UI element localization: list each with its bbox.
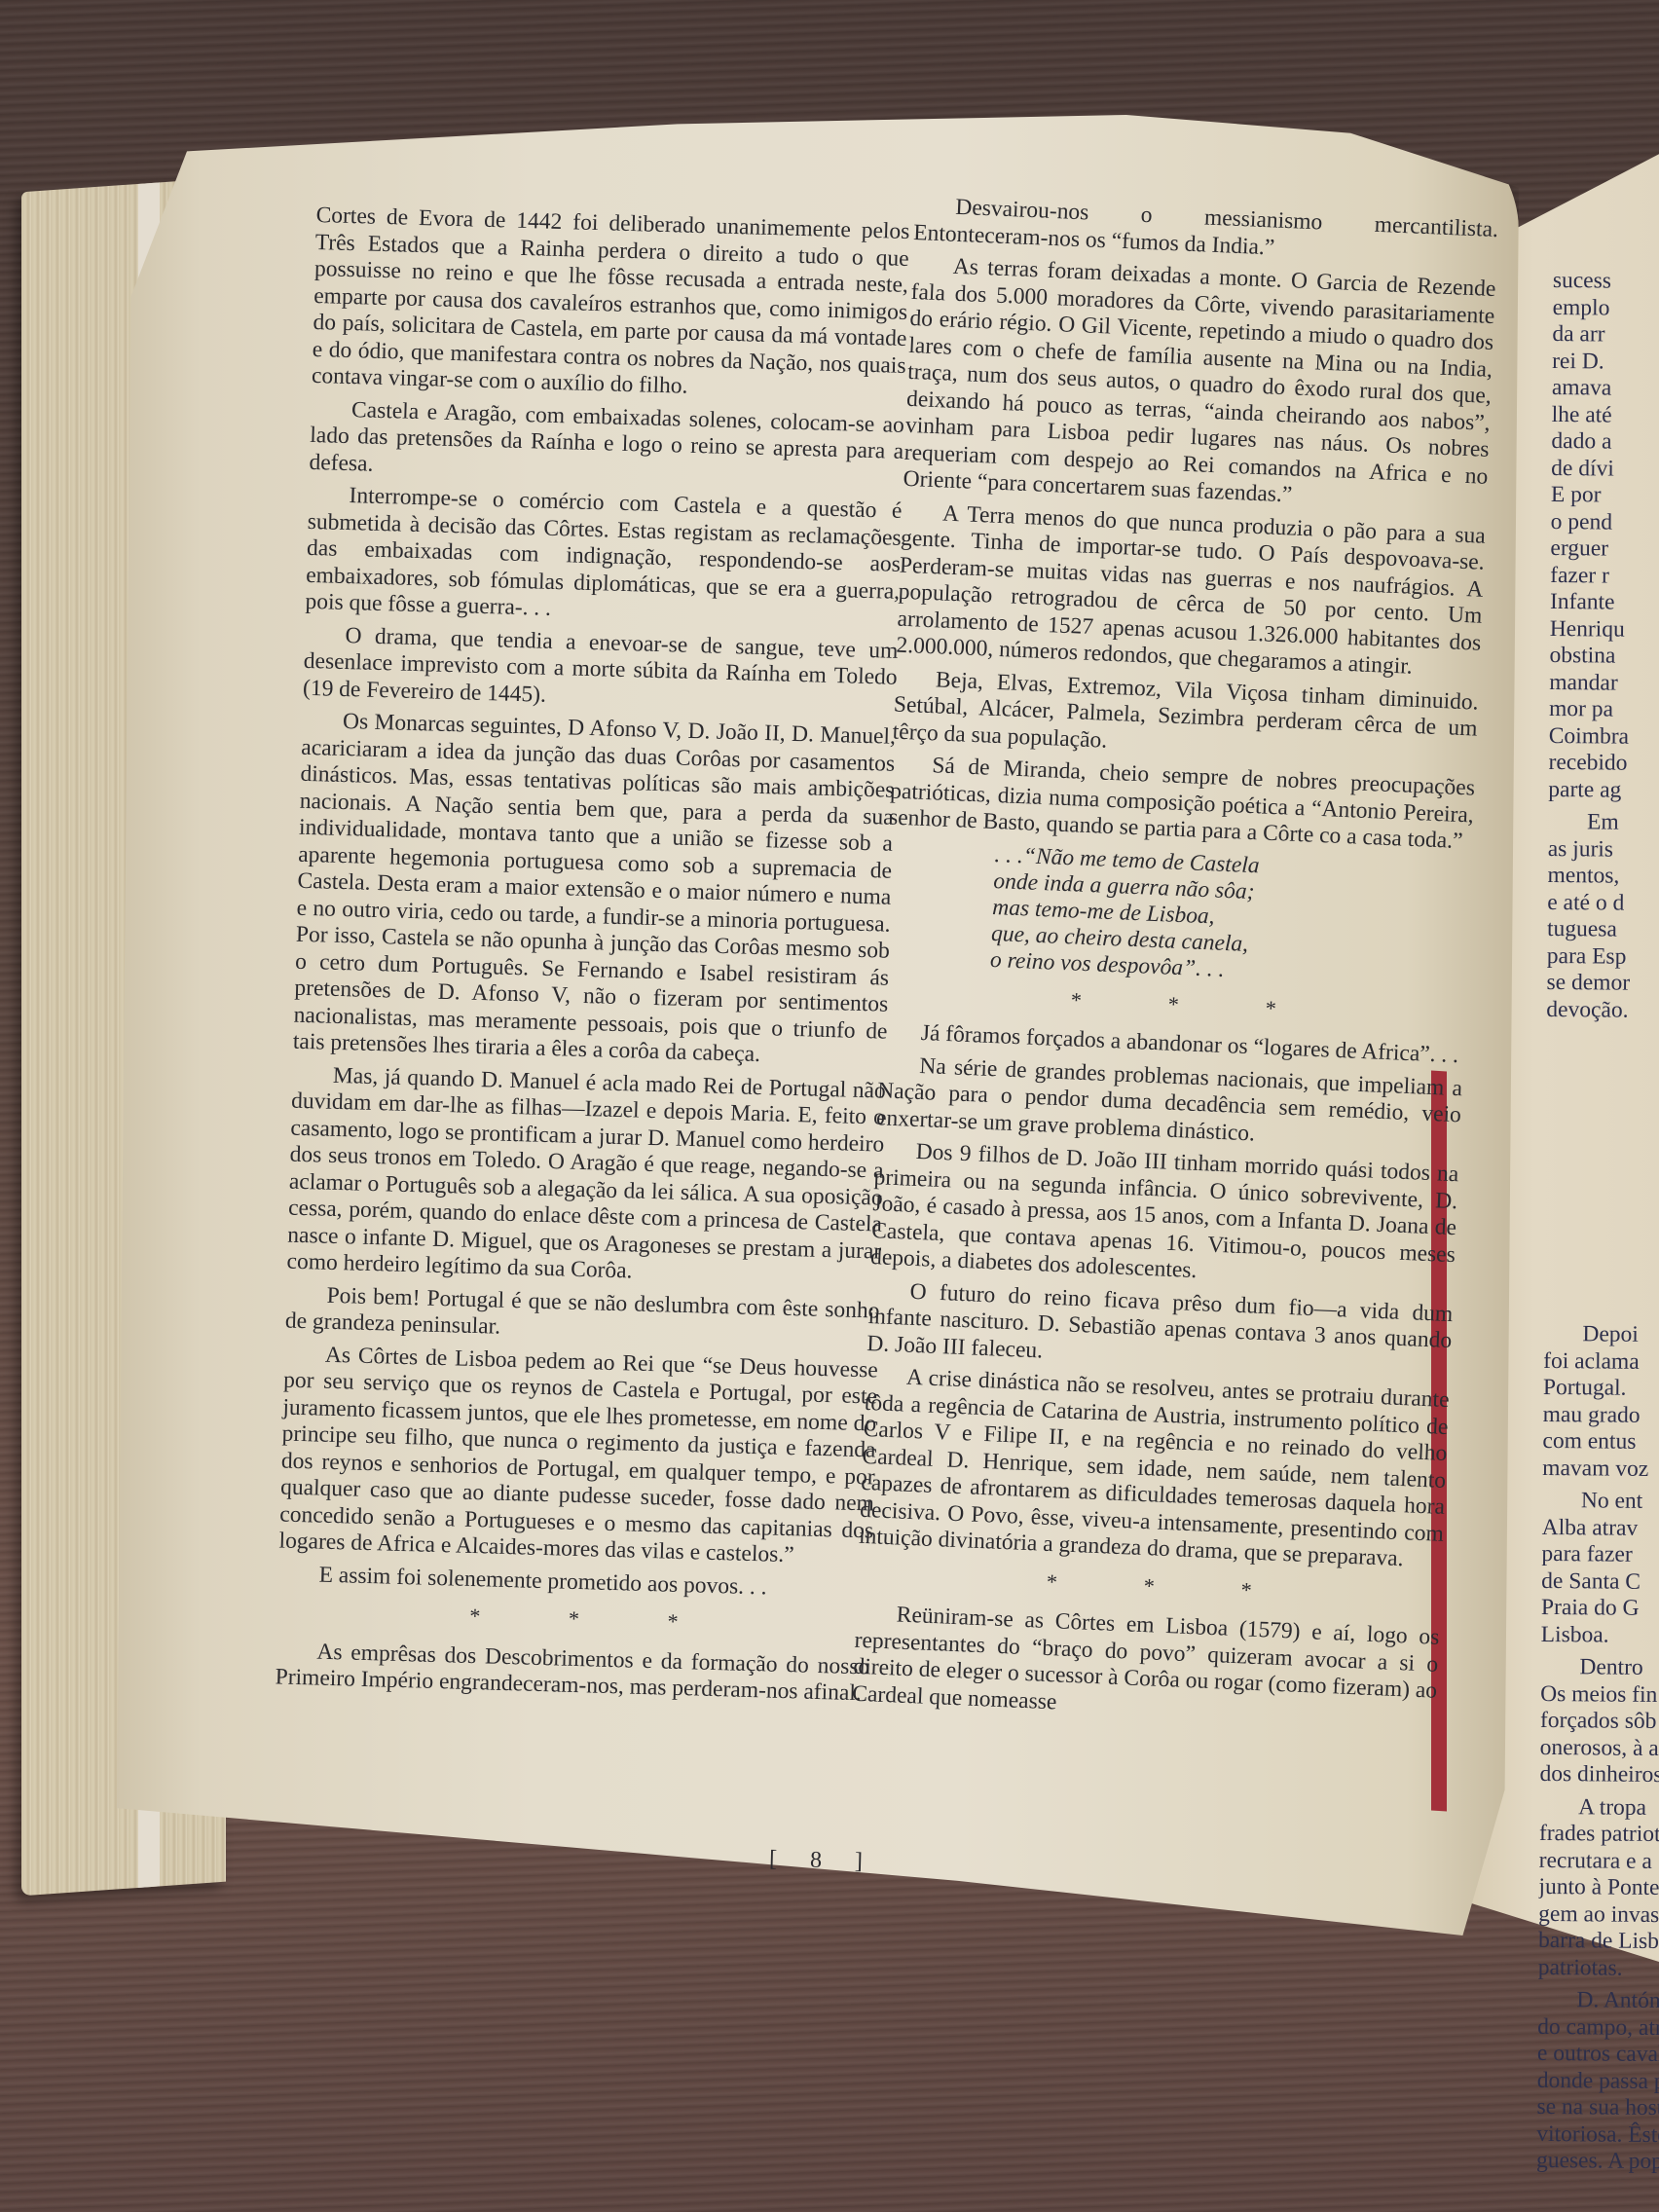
text-line: donde passa par bbox=[1537, 2067, 1659, 2095]
text-line: lhe até bbox=[1552, 401, 1659, 429]
text-line: dos dinheiros bbox=[1539, 1761, 1659, 1789]
text-line: mavam voz bbox=[1542, 1455, 1659, 1483]
text-line: Os meios fin bbox=[1540, 1680, 1659, 1709]
text-line: junto à Ponte bbox=[1538, 1874, 1659, 1902]
text-line: emplo bbox=[1553, 294, 1659, 322]
paragraph: A Terra menos do que nunca produzia o pã… bbox=[896, 498, 1486, 683]
text-line: recrutara e a bbox=[1539, 1847, 1659, 1875]
text-line: forçados sôb bbox=[1540, 1708, 1659, 1736]
paragraph: Dos 9 filhos de D. João III tinham morri… bbox=[870, 1137, 1459, 1296]
text-line: Infante bbox=[1550, 589, 1659, 617]
text-line: parte ag bbox=[1548, 776, 1659, 804]
spacer bbox=[1544, 1029, 1659, 1322]
section-separator: * * * bbox=[1027, 984, 1320, 1023]
section-separator: * * * bbox=[1003, 1567, 1296, 1605]
text-line: obstina bbox=[1549, 643, 1659, 671]
text-line: as juris bbox=[1548, 835, 1659, 864]
paragraph: As Côrtes de Lisboa pedem ao Rei que “se… bbox=[278, 1341, 878, 1571]
text-line: e até o d bbox=[1547, 889, 1659, 917]
paragraph-fragment: Emas jurismentos,e até o dtuguesapara Es… bbox=[1546, 809, 1659, 1024]
paragraph: Interrompe-se o comércio com Castela e a… bbox=[305, 482, 903, 632]
text-line: se demor bbox=[1546, 970, 1659, 998]
text-line: e outros caval bbox=[1537, 2041, 1659, 2069]
text-line: gem ao invas bbox=[1538, 1900, 1659, 1929]
text-line: Dentro bbox=[1540, 1654, 1659, 1682]
text-line: rei D. bbox=[1552, 348, 1659, 376]
text-line: Henriqu bbox=[1550, 615, 1659, 644]
paragraph: Castela e Aragão, com embaixadas solenes… bbox=[309, 395, 904, 493]
text-line: onerosos, à a bbox=[1540, 1734, 1659, 1762]
text-line: de dívi bbox=[1551, 455, 1659, 483]
text-line: foi aclama bbox=[1543, 1347, 1659, 1376]
text-line: fazer r bbox=[1550, 562, 1659, 590]
text-line: do campo, atrav bbox=[1537, 2013, 1659, 2042]
text-line: devoção. bbox=[1546, 996, 1659, 1024]
text-line: No ent bbox=[1542, 1488, 1659, 1516]
paragraph-fragment: D. Antónicdo campo, atrave outros cavald… bbox=[1536, 1987, 1659, 2176]
text-line: Depoi bbox=[1543, 1321, 1659, 1349]
text-line: Portugal. bbox=[1543, 1375, 1659, 1403]
text-line: da arr bbox=[1552, 321, 1659, 350]
text-line: Alba atrav bbox=[1542, 1514, 1659, 1542]
paragraph: Pois bem! Portugal é que se não deslumbr… bbox=[285, 1281, 880, 1351]
text-line: se na sua hoste bbox=[1536, 2094, 1659, 2122]
paragraph: Sá de Miranda, cheio sempre de nobres pr… bbox=[889, 751, 1476, 856]
paragraph-fragment: A tropafrades patriotrecrutara e ajunto … bbox=[1538, 1793, 1659, 1982]
paragraph: Os Monarcas seguintes, D Afonso V, D. Jo… bbox=[293, 708, 897, 1072]
poem-quote: . . .“Não me temo de Castela onde inda a… bbox=[990, 842, 1472, 993]
text-line: para fazer bbox=[1541, 1541, 1659, 1569]
text-line: sucess bbox=[1553, 268, 1659, 296]
text-line: frades patriot bbox=[1539, 1821, 1659, 1849]
text-line: mau grado bbox=[1543, 1401, 1659, 1429]
text-line: mandar bbox=[1549, 669, 1659, 697]
middle-column: Desvairou-nos o messianismo mercantilist… bbox=[852, 193, 1499, 1738]
left-column: Cortes de Evora de 1442 foi deliberado u… bbox=[275, 203, 910, 1714]
text-line: de Santa C bbox=[1541, 1567, 1659, 1596]
text-line: recebido bbox=[1548, 750, 1659, 778]
text-line: tuguesa bbox=[1547, 916, 1659, 944]
text-line: Lisboa. bbox=[1541, 1621, 1659, 1649]
paragraph-fragment: sucessemploda arrrei D.amavalhe atédado … bbox=[1548, 268, 1659, 804]
paragraph-fragment: Depoifoi aclamaPortugal.mau gradocom ent… bbox=[1542, 1321, 1659, 1483]
text-line: A tropa bbox=[1539, 1793, 1659, 1822]
text-line: amava bbox=[1552, 375, 1659, 403]
text-line: para Esp bbox=[1547, 942, 1659, 971]
text-line: mentos, bbox=[1547, 863, 1659, 891]
text-line: com entus bbox=[1542, 1428, 1659, 1456]
section-separator: * * * bbox=[425, 1602, 723, 1637]
paragraph: Reüniram-se as Côrtes em Lisboa (1579) e… bbox=[852, 1601, 1440, 1732]
paragraph: O drama, que tendia a enevoar-se de sang… bbox=[303, 621, 899, 719]
paragraph: As terras foram deixadas a monte. O Garc… bbox=[903, 252, 1496, 517]
paragraph: A crise dinástica não se resolveu, antes… bbox=[859, 1363, 1451, 1574]
right-page-column: sucessemploda arrrei D.amavalhe atédado … bbox=[1536, 268, 1659, 2182]
text-line: dado a bbox=[1551, 428, 1659, 457]
text-line: E por bbox=[1551, 482, 1659, 510]
paragraph: Mas, já quando D. Manuel é acla mado Rei… bbox=[286, 1061, 886, 1292]
text-line: o pend bbox=[1551, 508, 1659, 536]
text-line: D. Antónic bbox=[1537, 1987, 1659, 2015]
text-line: Em bbox=[1548, 809, 1659, 837]
text-line: Coimbra bbox=[1549, 722, 1659, 751]
text-line: vitoriosa. Êste bbox=[1536, 2120, 1659, 2149]
text-line: Praia do G bbox=[1541, 1595, 1659, 1623]
page-number: [ 8 ] bbox=[769, 1847, 877, 1876]
text-line: mor pa bbox=[1549, 696, 1659, 724]
text-line: gueses. A popu bbox=[1536, 2148, 1659, 2176]
paragraph: As emprêsas dos Descobrimentos e da form… bbox=[275, 1638, 869, 1708]
paragraph-fragment: No entAlba atravpara fazerde Santa CPrai… bbox=[1541, 1488, 1659, 1649]
paragraph-fragment: DentroOs meios finforçados sôbonerosos, … bbox=[1539, 1654, 1659, 1789]
paragraph: Cortes de Evora de 1442 foi deliberado u… bbox=[312, 203, 910, 406]
text-line: erguer bbox=[1550, 535, 1659, 564]
text-line: barra de Lisb bbox=[1538, 1928, 1659, 1956]
text-line: patriotas. bbox=[1538, 1954, 1659, 1982]
